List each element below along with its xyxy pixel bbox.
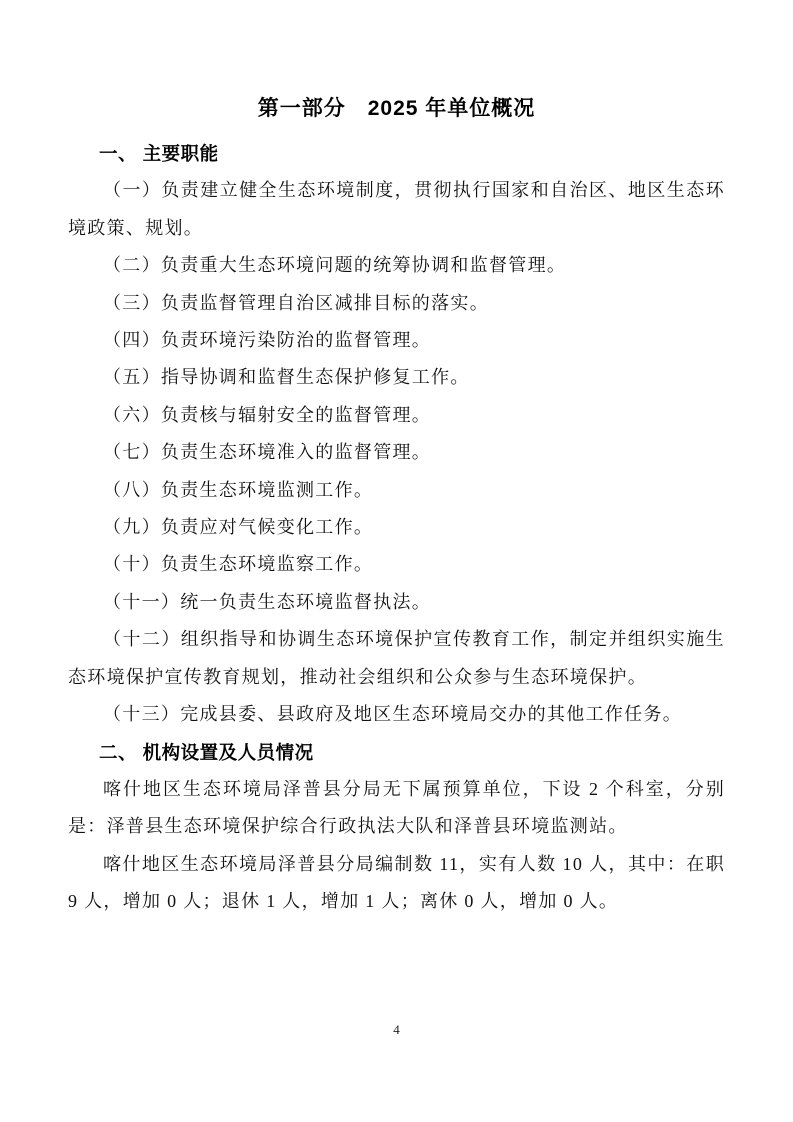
duty-paragraph-10: （十）负责生态环境监察工作。 xyxy=(68,546,725,583)
section-heading-main-duties: 一、 主要职能 xyxy=(68,135,725,172)
duty-paragraph-12: （十二）组织指导和协调生态环境保护宣传教育工作，制定并组织实施生态环境保护宣传教… xyxy=(68,621,725,696)
duty-paragraph-1: （一）负责建立健全生态环境制度，贯彻执行国家和自治区、地区生态环境政策、规划。 xyxy=(68,172,725,247)
duty-paragraph-5: （五）指导协调和监督生态保护修复工作。 xyxy=(68,359,725,396)
duty-paragraph-3: （三）负责监督管理自治区减排目标的落实。 xyxy=(68,285,725,322)
document-title: 第一部分 2025 年单位概况 xyxy=(68,94,725,124)
section-heading-organization-staff: 二、 机构设置及人员情况 xyxy=(68,734,725,771)
duty-paragraph-7: （七）负责生态环境准入的监督管理。 xyxy=(68,434,725,471)
duty-paragraph-8: （八）负责生态环境监测工作。 xyxy=(68,472,725,509)
document-content: 第一部分 2025 年单位概况 一、 主要职能 （一）负责建立健全生态环境制度，… xyxy=(0,0,793,921)
organization-paragraph: 喀什地区生态环境局泽普县分局无下属预算单位，下设 2 个科室，分别是：泽普县生态… xyxy=(68,771,725,846)
duty-paragraph-6: （六）负责核与辐射安全的监督管理。 xyxy=(68,397,725,434)
duty-paragraph-13: （十三）完成县委、县政府及地区生态环境局交办的其他工作任务。 xyxy=(68,696,725,733)
duty-paragraph-2: （二）负责重大生态环境问题的统筹协调和监督管理。 xyxy=(68,247,725,284)
duty-paragraph-11: （十一）统一负责生态环境监督执法。 xyxy=(68,584,725,621)
duty-paragraph-4: （四）负责环境污染防治的监督管理。 xyxy=(68,322,725,359)
page-number: 4 xyxy=(0,1022,793,1038)
staffing-paragraph: 喀什地区生态环境局泽普县分局编制数 11，实有人数 10 人，其中：在职 9 人… xyxy=(68,846,725,921)
document-page: 第一部分 2025 年单位概况 一、 主要职能 （一）负责建立健全生态环境制度，… xyxy=(0,0,793,1122)
duty-paragraph-9: （九）负责应对气候变化工作。 xyxy=(68,509,725,546)
